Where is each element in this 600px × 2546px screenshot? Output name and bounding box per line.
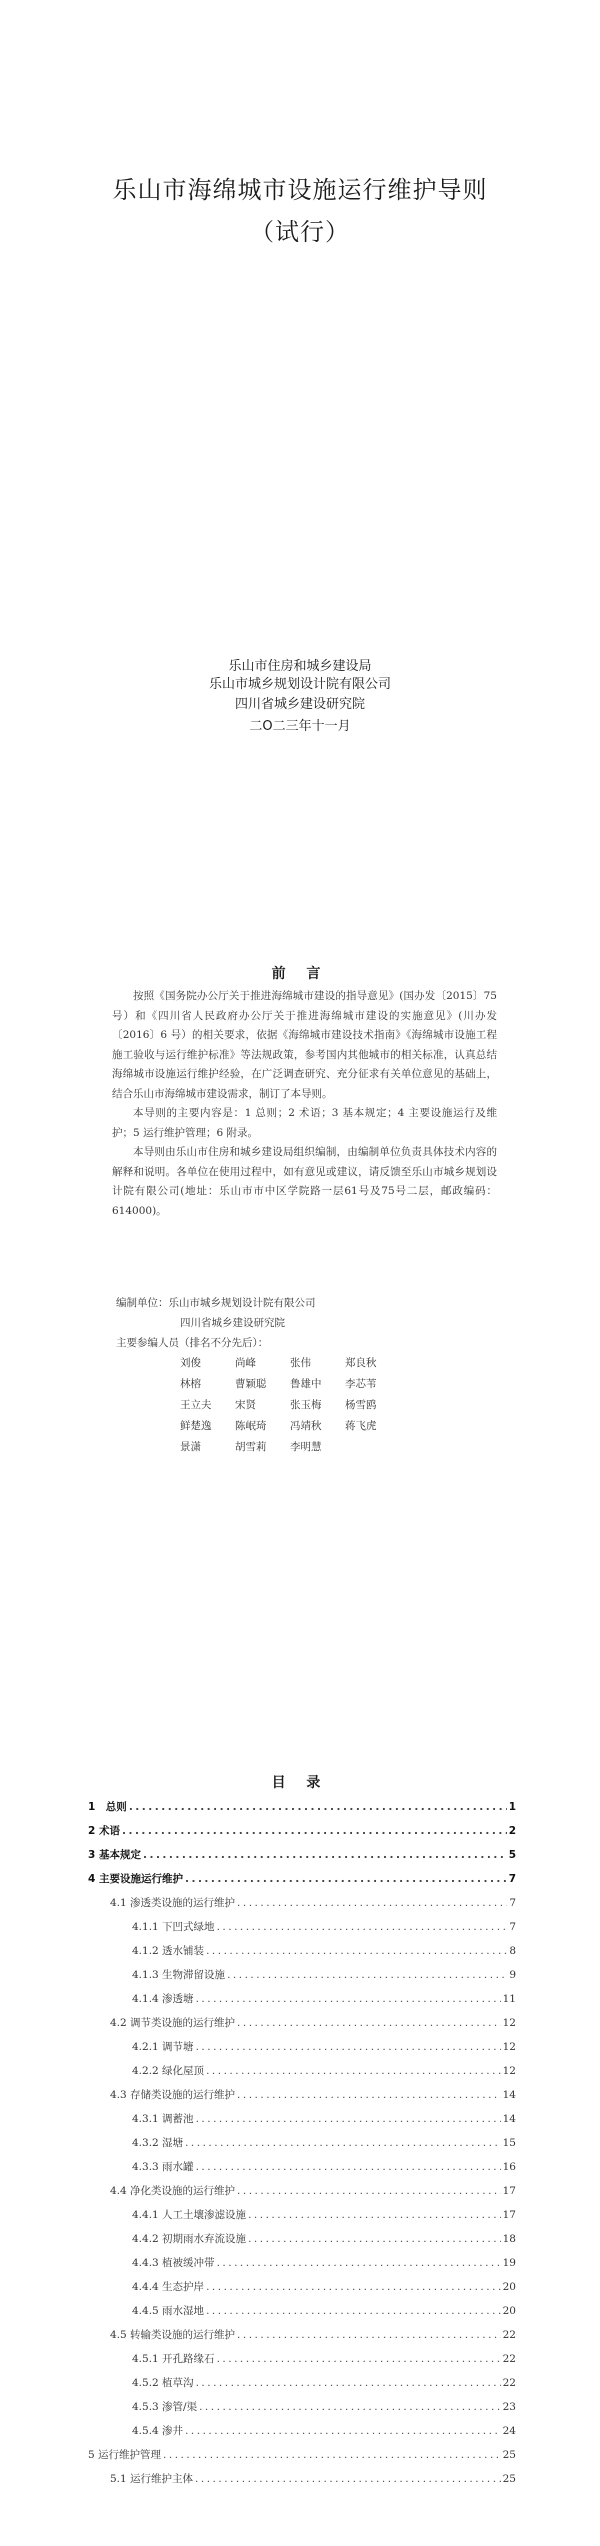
- toc-entry-label: 4.3.2 湿塘: [88, 2131, 185, 2155]
- member-name: 鲁雄中: [290, 1374, 345, 1395]
- toc-entry-page: 15: [501, 2131, 516, 2155]
- organization-1: 乐山市住房和城乡建设局: [0, 655, 600, 674]
- toc-entry-label: 4.4.3 植被缓冲带: [88, 2251, 217, 2275]
- toc-entry-page: 7: [507, 1867, 516, 1891]
- toc-entry-page: 2: [507, 1819, 516, 1843]
- toc-entry-page: 25: [501, 2443, 516, 2467]
- toc-leader-dots: ........................................…: [196, 2035, 501, 2059]
- toc-leader-dots: ........................................…: [196, 2155, 501, 2179]
- member-name: 杨雪鸥: [345, 1395, 400, 1416]
- toc-entry-label: 4.3.3 雨水罐: [88, 2155, 196, 2179]
- toc-entry[interactable]: 4.4.2 初期雨水弃流设施..........................…: [88, 2227, 516, 2251]
- toc-leader-dots: ........................................…: [196, 2371, 501, 2395]
- member-name: 蒋飞虎: [345, 1416, 400, 1437]
- toc-entry[interactable]: 4.3.3 雨水罐...............................…: [88, 2155, 516, 2179]
- toc-leader-dots: ........................................…: [185, 1867, 507, 1891]
- toc-leader-dots: ........................................…: [163, 2443, 501, 2467]
- compilers-block: 编制单位：乐山市城乡规划设计院有限公司 四川省城乡建设研究院 主要参编人员（排名…: [116, 1293, 496, 1458]
- compile-unit-2: 四川省城乡建设研究院: [116, 1313, 496, 1333]
- toc-entry-page: 17: [501, 2179, 516, 2203]
- preface-paragraph: 本导则的主要内容是：1 总则；2 术语；3 基本规定；4 主要设施运行及维护；5…: [112, 1104, 497, 1143]
- toc-entry[interactable]: 4.4.1 人工土壤渗滤设施..........................…: [88, 2203, 516, 2227]
- toc-entry[interactable]: 5 运行维护管理................................…: [88, 2443, 516, 2467]
- toc-leader-dots: ........................................…: [217, 1915, 508, 1939]
- toc-leader-dots: ........................................…: [196, 2107, 501, 2131]
- toc-leader-dots: ........................................…: [122, 1819, 507, 1843]
- toc-entry[interactable]: 4.5 转输类设施的运行维护..........................…: [88, 2323, 516, 2347]
- toc-entry-label: 4.2.1 调节塘: [88, 2035, 196, 2059]
- toc-entry[interactable]: 4.5.2 植草沟...............................…: [88, 2371, 516, 2395]
- toc-entry[interactable]: 2 术语....................................…: [88, 1819, 516, 1843]
- member-name: 曹颖聪: [235, 1374, 290, 1395]
- table-of-contents: 1 总则....................................…: [88, 1795, 516, 2491]
- toc-leader-dots: ........................................…: [248, 2203, 501, 2227]
- toc-entry-label: 4.4.5 雨水湿地: [88, 2299, 206, 2323]
- toc-entry[interactable]: 4.5.3 渗管/渠..............................…: [88, 2395, 516, 2419]
- toc-leader-dots: ........................................…: [237, 2011, 501, 2035]
- member-name: 宋贤: [235, 1395, 290, 1416]
- document-subtitle: （试行）: [0, 212, 600, 247]
- member-name: 张伟: [290, 1353, 345, 1374]
- toc-entry[interactable]: 4 主要设施运行维护..............................…: [88, 1867, 516, 1891]
- organization-2: 乐山市城乡规划设计院有限公司: [0, 673, 600, 692]
- toc-entry-page: 24: [501, 2419, 516, 2443]
- toc-entry-page: 22: [501, 2347, 516, 2371]
- toc-entry-label: 5.1 运行维护主体: [88, 2467, 195, 2491]
- toc-entry-label: 4.4 净化类设施的运行维护: [88, 2179, 237, 2203]
- toc-leader-dots: ........................................…: [199, 2395, 501, 2419]
- toc-entry-page: 20: [501, 2275, 516, 2299]
- member-name: 冯靖秋: [290, 1416, 345, 1437]
- member-name: 胡雪莉: [235, 1437, 290, 1458]
- toc-leader-dots: ........................................…: [196, 1987, 501, 2011]
- toc-entry[interactable]: 4.1.1 下凹式绿地.............................…: [88, 1915, 516, 1939]
- toc-entry[interactable]: 4.1 渗透类设施的运行维护..........................…: [88, 1891, 516, 1915]
- toc-entry-page: 7: [507, 1891, 516, 1915]
- toc-entry[interactable]: 4.4.5 雨水湿地..............................…: [88, 2299, 516, 2323]
- toc-entry[interactable]: 4.4.4 生态护岸..............................…: [88, 2275, 516, 2299]
- toc-leader-dots: ........................................…: [143, 1843, 507, 1867]
- toc-entry-label: 4 主要设施运行维护: [88, 1867, 185, 1891]
- toc-entry-page: 20: [501, 2299, 516, 2323]
- toc-entry-label: 4.2 调节类设施的运行维护: [88, 2011, 237, 2035]
- toc-entry-label: 4.1.1 下凹式绿地: [88, 1915, 217, 1939]
- toc-entry[interactable]: 5.1 运行维护主体..............................…: [88, 2467, 516, 2491]
- toc-leader-dots: ........................................…: [237, 1891, 507, 1915]
- toc-entry-page: 22: [501, 2323, 516, 2347]
- toc-leader-dots: ........................................…: [217, 2347, 501, 2371]
- member-name: 王立夫: [180, 1395, 235, 1416]
- member-name: 鲜楚逸: [180, 1416, 235, 1437]
- toc-entry-page: 22: [501, 2371, 516, 2395]
- toc-entry-page: 16: [501, 2155, 516, 2179]
- toc-leader-dots: ........................................…: [206, 2275, 501, 2299]
- toc-entry-page: 12: [501, 2059, 516, 2083]
- toc-entry-label: 5 运行维护管理: [88, 2443, 163, 2467]
- toc-leader-dots: ........................................…: [237, 2323, 501, 2347]
- toc-entry-page: 18: [501, 2227, 516, 2251]
- toc-entry-page: 11: [501, 1987, 516, 2011]
- toc-leader-dots: ........................................…: [206, 2059, 501, 2083]
- toc-entry[interactable]: 4.4.3 植被缓冲带.............................…: [88, 2251, 516, 2275]
- toc-entry-page: 14: [501, 2107, 516, 2131]
- toc-entry-label: 4.2.2 绿化屋顶: [88, 2059, 206, 2083]
- toc-entry[interactable]: 4.5.1 开孔路缘石.............................…: [88, 2347, 516, 2371]
- toc-leader-dots: ........................................…: [206, 2299, 501, 2323]
- toc-entry-label: 4.1 渗透类设施的运行维护: [88, 1891, 237, 1915]
- member-name: 李明慧: [290, 1437, 345, 1458]
- toc-entry[interactable]: 4.3.1 调蓄池...............................…: [88, 2107, 516, 2131]
- toc-leader-dots: ........................................…: [237, 2179, 501, 2203]
- toc-entry-label: 4.5 转输类设施的运行维护: [88, 2323, 237, 2347]
- preface-body: 按照《国务院办公厅关于推进海绵城市建设的指导意见》(国办发〔2015〕75 号）…: [112, 987, 497, 1221]
- toc-heading: 目 录: [0, 1772, 600, 1792]
- toc-entry[interactable]: 4.2.1 调节塘...............................…: [88, 2035, 516, 2059]
- toc-leader-dots: ........................................…: [217, 2251, 501, 2275]
- toc-entry-label: 4.4.2 初期雨水弃流设施: [88, 2227, 248, 2251]
- member-name: 林榕: [180, 1374, 235, 1395]
- document-title: 乐山市海绵城市设施运行维护导则: [0, 170, 600, 205]
- member-name: 陈岷琦: [235, 1416, 290, 1437]
- member-name: 郑良秋: [345, 1353, 400, 1374]
- toc-leader-dots: ........................................…: [248, 2227, 501, 2251]
- toc-entry[interactable]: 4.1.4 渗透塘...............................…: [88, 1987, 516, 2011]
- toc-entry-label: 4.3 存储类设施的运行维护: [88, 2083, 237, 2107]
- toc-entry-label: 4.1.4 渗透塘: [88, 1987, 196, 2011]
- members-label: 主要参编人员（排名不分先后）：: [116, 1333, 496, 1353]
- toc-entry-page: 1: [507, 1795, 516, 1819]
- compile-unit-1: 乐山市城乡规划设计院有限公司: [169, 1297, 316, 1309]
- toc-leader-dots: ........................................…: [129, 1795, 507, 1819]
- toc-entry-label: 4.5.1 开孔路缘石: [88, 2347, 217, 2371]
- compile-unit-row: 编制单位：乐山市城乡规划设计院有限公司: [116, 1293, 496, 1313]
- toc-entry-page: 12: [501, 2011, 516, 2035]
- publish-date: 二O二三年十一月: [0, 715, 600, 734]
- toc-entry[interactable]: 4.2.2 绿化屋顶..............................…: [88, 2059, 516, 2083]
- member-name: 刘俊: [180, 1353, 235, 1374]
- preface-paragraph: 本导则由乐山市住房和城乡建设局组织编制，由编制单位负责具体技术内容的解释和说明。…: [112, 1143, 497, 1221]
- toc-entry-label: 1 总则: [88, 1795, 129, 1819]
- toc-entry-label: 4.5.2 植草沟: [88, 2371, 196, 2395]
- toc-entry-page: 12: [501, 2035, 516, 2059]
- toc-entry-page: 14: [501, 2083, 516, 2107]
- toc-entry[interactable]: 4.1.2 透水铺装..............................…: [88, 1939, 516, 1963]
- member-name: 景潇: [180, 1437, 235, 1458]
- toc-entry-page: 8: [507, 1939, 516, 1963]
- toc-leader-dots: ........................................…: [227, 1963, 507, 1987]
- compile-unit-label: 编制单位：: [116, 1297, 169, 1309]
- toc-entry-page: 7: [507, 1915, 516, 1939]
- toc-entry[interactable]: 1 总则....................................…: [88, 1795, 516, 1819]
- toc-entry[interactable]: 4.4 净化类设施的运行维护..........................…: [88, 2179, 516, 2203]
- toc-leader-dots: ........................................…: [237, 2083, 501, 2107]
- toc-entry-page: 9: [507, 1963, 516, 1987]
- toc-entry-page: 5: [507, 1843, 516, 1867]
- toc-entry[interactable]: 4.2 调节类设施的运行维护..........................…: [88, 2011, 516, 2035]
- toc-leader-dots: ........................................…: [185, 2419, 501, 2443]
- toc-leader-dots: ........................................…: [195, 2467, 501, 2491]
- preface-heading: 前 言: [0, 963, 600, 983]
- toc-entry[interactable]: 4.1.3 生物滞留设施............................…: [88, 1963, 516, 1987]
- organization-3: 四川省城乡建设研究院: [0, 693, 600, 712]
- toc-entry-label: 4.1.3 生物滞留设施: [88, 1963, 227, 1987]
- toc-entry-label: 4.3.1 调蓄池: [88, 2107, 196, 2131]
- preface-paragraph: 按照《国务院办公厅关于推进海绵城市建设的指导意见》(国办发〔2015〕75 号）…: [112, 987, 497, 1104]
- toc-entry-page: 25: [501, 2467, 516, 2491]
- toc-entry-label: 4.5.4 渗井: [88, 2419, 185, 2443]
- toc-entry-label: 4.4.1 人工土壤渗滤设施: [88, 2203, 248, 2227]
- toc-entry[interactable]: 3 基本规定..................................…: [88, 1843, 516, 1867]
- toc-entry[interactable]: 4.3.2 湿塘................................…: [88, 2131, 516, 2155]
- member-name: 尚峰: [235, 1353, 290, 1374]
- toc-entry-label: 2 术语: [88, 1819, 122, 1843]
- members-grid: 刘俊 尚峰 张伟 郑良秋 林榕 曹颖聪 鲁雄中 李芯苇 王立夫 宋贤 张玉梅 杨…: [116, 1353, 496, 1458]
- toc-entry-label: 4.4.4 生态护岸: [88, 2275, 206, 2299]
- toc-entry[interactable]: 4.5.4 渗井................................…: [88, 2419, 516, 2443]
- toc-entry[interactable]: 4.3 存储类设施的运行维护..........................…: [88, 2083, 516, 2107]
- member-name: 张玉梅: [290, 1395, 345, 1416]
- toc-entry-page: 19: [501, 2251, 516, 2275]
- toc-entry-page: 17: [501, 2203, 516, 2227]
- toc-leader-dots: ........................................…: [185, 2131, 501, 2155]
- toc-entry-label: 3 基本规定: [88, 1843, 143, 1867]
- toc-leader-dots: ........................................…: [206, 1939, 507, 1963]
- member-name: 李芯苇: [345, 1374, 400, 1395]
- toc-entry-label: 4.1.2 透水铺装: [88, 1939, 206, 1963]
- toc-entry-label: 4.5.3 渗管/渠: [88, 2395, 199, 2419]
- toc-entry-page: 23: [501, 2395, 516, 2419]
